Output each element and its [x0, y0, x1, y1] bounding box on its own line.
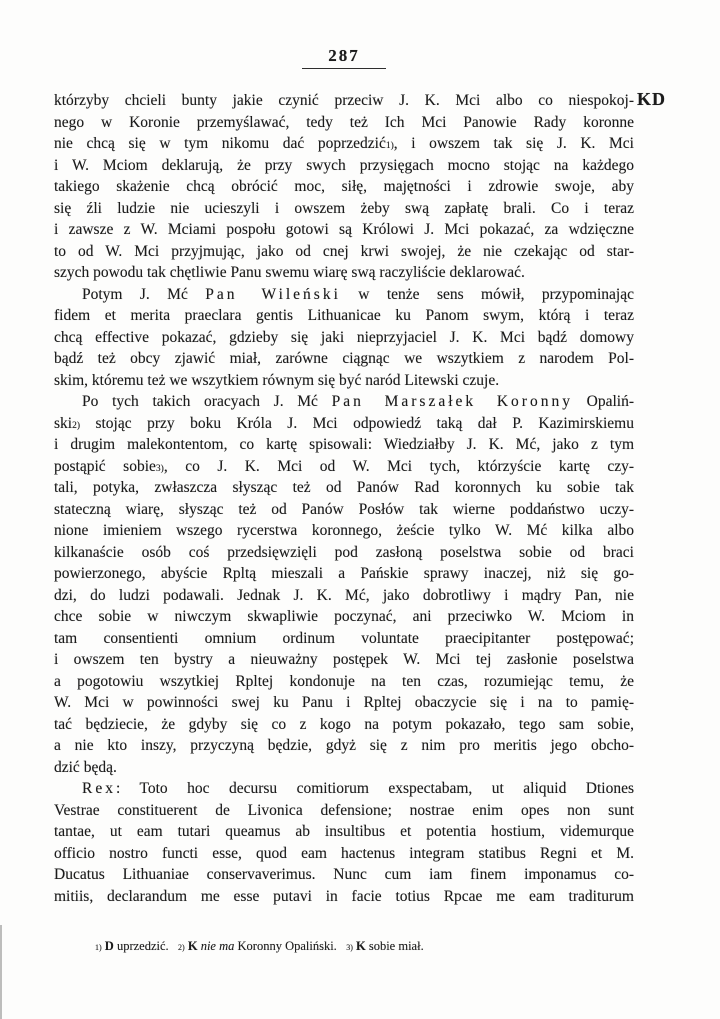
text-run: tantae, ut eam tutari queamus ab insulti… [54, 823, 634, 840]
text-line: fidem et merita praeclara gentis Lithuan… [54, 305, 634, 327]
text-run: Opaliń- [573, 393, 634, 410]
text-run: a pogotowiu wszytkiej Rpltej kondonuje n… [54, 673, 634, 690]
text-line: a nie kto inszy, przyczyną będzie, gdyż … [54, 735, 634, 757]
text-run: stojąc przy boku Króla J. Mci odpowiedź … [80, 415, 634, 432]
text-run: stateczną wiarę, słysząc też od Panów Po… [54, 501, 634, 518]
text-run: Pan Marszałek Koronny [332, 393, 573, 410]
text-run: , i owszem tak się J. K. Mci [394, 135, 634, 152]
text-line: tać będziecie, że gdyby się co z kogo na… [54, 714, 634, 736]
footnote-marker: 1) [386, 141, 394, 151]
text-line: a pogotowiu wszytkiej Rpltej kondonuje n… [54, 671, 634, 693]
paragraph: Po tych takich oracyach J. Mć Pan Marsza… [54, 391, 634, 778]
text-run: i drugim malekontentom, co kartę spisowa… [54, 436, 634, 453]
text-run: bądź też obcy zjawić miał, zarówne ciągn… [54, 350, 634, 367]
text-run: powierzonego, abyście Rpltą mieszali a P… [54, 565, 634, 582]
text-run: chcą effective pokazać, gdzieby się jaki… [54, 329, 634, 346]
text-line: którzyby chcieli bunty jakie czynić prze… [54, 90, 634, 112]
paragraph: Potym J. Mć Pan Wileński w tenże sens mó… [54, 284, 634, 392]
text-run: to od W. Mci przyjmując, jako od cnej kr… [54, 243, 634, 260]
text-run: K [356, 939, 366, 953]
text-line: bądź też obcy zjawić miał, zarówne ciągn… [54, 348, 634, 370]
text-run: skim, któremu też we wszytkiem równym si… [54, 372, 499, 389]
paragraph: którzyby chcieli bunty jakie czynić prze… [54, 90, 634, 284]
text-run: Po tych takich oracyach J. Mć [82, 393, 332, 410]
text-run: Koronny Opaliński. [234, 939, 346, 953]
text-run: Potym J. Mć [82, 286, 205, 303]
text-run: tali, potyka, zwłaszcza słysząc też od P… [54, 479, 634, 496]
text-line: W. Mci w powinności swej ku Panu i Rplte… [54, 692, 634, 714]
text-line: Vestrae constituerent de Livonica defens… [54, 800, 634, 822]
text-line: ski2) stojąc przy boku Króla J. Mci odpo… [54, 413, 634, 435]
text-run: a nie kto inszy, przyczyną będzie, gdyż … [54, 737, 634, 754]
text-line: dzi, do ludzi podawali. Jednak J. K. Mć,… [54, 585, 634, 607]
text-run: tać będziecie, że gdyby się co z kogo na… [54, 716, 634, 733]
text-line: chce sobie w niwczym skwapliwie poczynać… [54, 606, 634, 628]
text-run: nione imieniem wszego rycerstwa koronneg… [54, 522, 634, 539]
text-run: uprzedzić. [114, 939, 178, 953]
text-line: takiego skażenie chcą obrócić moc, siłę,… [54, 176, 634, 198]
text-line: stateczną wiarę, słysząc też od Panów Po… [54, 499, 634, 521]
text-run: się źli ludzie nie ucieszyli i owszem że… [54, 200, 634, 217]
margin-siglum: KD [637, 89, 666, 110]
text-line: i zawsze z W. Mciami pospołu gotowi są K… [54, 219, 634, 241]
text-run: Pan Wileński [205, 286, 341, 303]
text-run: nie chcą się w tym nikomu dać poprzedzić [54, 135, 386, 152]
text-line: tali, potyka, zwłaszcza słysząc też od P… [54, 477, 634, 499]
text-run: postąpić sobie [54, 458, 156, 475]
text-line: officio nostro functi esse, quod eam hac… [54, 843, 634, 865]
paragraph: Rex: Toto hoc decursu comitiorum exspect… [54, 778, 634, 907]
text-run: dzić będą. [54, 759, 117, 776]
text-run: : Toto hoc decursu comitiorum exspectaba… [116, 780, 634, 797]
text-line: Ducatus Lithuaniae conservaverimus. Nunc… [54, 864, 634, 886]
text-line: dzić będą. [54, 757, 634, 779]
text-line: kilkanaście osób coś przedsięwzięli pod … [54, 542, 634, 564]
text-run: fidem et merita praeclara gentis Lithuan… [54, 307, 634, 324]
text-run: officio nostro functi esse, quod eam hac… [54, 845, 634, 862]
text-run: i owszem ten bystry a nieuważny postępek… [54, 651, 634, 668]
text-run: dzi, do ludzi podawali. Jednak J. K. Mć,… [54, 587, 634, 604]
body-text: którzyby chcieli bunty jakie czynić prze… [54, 90, 634, 907]
footnote-marker: 3) [156, 464, 164, 474]
text-line: chcą effective pokazać, gdzieby się jaki… [54, 327, 634, 349]
text-line: postąpić sobie3), co J. K. Mci od W. Mci… [54, 456, 634, 478]
page-number: 287 [302, 46, 386, 69]
scanned-page: 287 KD którzyby chcieli bunty jakie czyn… [0, 0, 720, 1019]
text-run: W. Mci w powinności swej ku Panu i Rplte… [54, 694, 634, 711]
text-run: tam consentienti omnium ordinum voluntat… [54, 630, 634, 647]
footnote: 1) D uprzedzić. 2) K nie ma Koronny Opal… [95, 938, 625, 955]
text-run: kilkanaście osób coś przedsięwzięli pod … [54, 544, 634, 561]
text-run: K [188, 939, 198, 953]
text-run: Ducatus Lithuaniae conservaverimus. Nunc… [54, 866, 634, 883]
footnote-marker: 1) [95, 943, 102, 952]
footnote-marker: 2) [178, 943, 185, 952]
text-line: nego w Koronie przemyślawać, tedy też Ic… [54, 112, 634, 134]
text-run: i W. Mciom deklarują, że przy swych przy… [54, 157, 634, 174]
text-line: i owszem ten bystry a nieuważny postępek… [54, 649, 634, 671]
footnote-marker: 3) [346, 943, 353, 952]
text-line: mitiis, declarandum me esse putavi in fa… [54, 886, 634, 908]
text-run: ski [54, 415, 72, 432]
text-line: skim, któremu też we wszytkiem równym si… [54, 370, 634, 392]
text-run: nie ma [201, 939, 235, 953]
text-run: , co J. K. Mci od W. Mci tych, którzyści… [164, 458, 634, 475]
text-line: tam consentienti omnium ordinum voluntat… [54, 628, 634, 650]
text-line: się źli ludzie nie ucieszyli i owszem że… [54, 198, 634, 220]
text-line: szych powodu tak chętliwie Panu swemu wi… [54, 262, 634, 284]
text-run: nego w Koronie przemyślawać, tedy też Ic… [54, 114, 634, 131]
footnote-marker: 2) [72, 421, 80, 431]
text-run: Rex [82, 780, 116, 797]
text-line: nie chcą się w tym nikomu dać poprzedzić… [54, 133, 634, 155]
text-line: to od W. Mci przyjmując, jako od cnej kr… [54, 241, 634, 263]
text-run: Vestrae constituerent de Livonica defens… [54, 802, 634, 819]
text-run: szych powodu tak chętliwie Panu swemu wi… [54, 264, 525, 281]
text-line: tantae, ut eam tutari queamus ab insulti… [54, 821, 634, 843]
text-line: Po tych takich oracyach J. Mć Pan Marsza… [54, 391, 634, 413]
text-run: D [105, 939, 114, 953]
text-line: powierzonego, abyście Rpltą mieszali a P… [54, 563, 634, 585]
text-run: takiego skażenie chcą obrócić moc, siłę,… [54, 178, 634, 195]
text-line: i drugim malekontentom, co kartę spisowa… [54, 434, 634, 456]
text-line: Potym J. Mć Pan Wileński w tenże sens mó… [54, 284, 634, 306]
text-run: sobie miał. [366, 939, 424, 953]
text-run: w tenże sens mówił, przypominając [341, 286, 634, 303]
page-header: 287 [54, 46, 634, 69]
text-line: Rex: Toto hoc decursu comitiorum exspect… [54, 778, 634, 800]
text-run: chce sobie w niwczym skwapliwie poczynać… [54, 608, 634, 625]
scan-edge-artifact [0, 925, 2, 1019]
text-run: i zawsze z W. Mciami pospołu gotowi są K… [54, 221, 634, 238]
text-run: mitiis, declarandum me esse putavi in fa… [54, 888, 634, 905]
text-run: którzyby chcieli bunty jakie czynić prze… [54, 92, 634, 109]
text-line: nione imieniem wszego rycerstwa koronneg… [54, 520, 634, 542]
text-line: i W. Mciom deklarują, że przy swych przy… [54, 155, 634, 177]
